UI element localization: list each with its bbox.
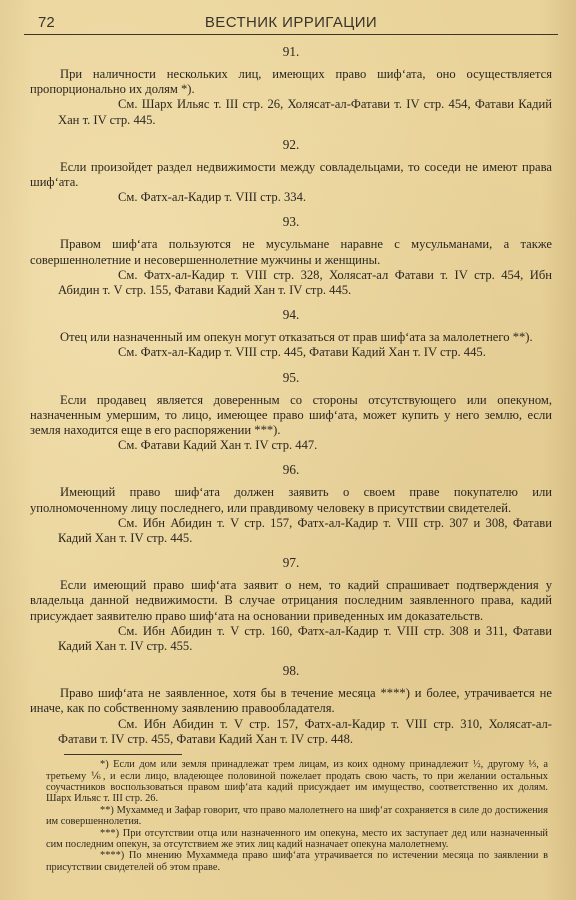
article-reference: См. Ибн Абидин т. V стр. 157, Фатх-ал-Ка… [58, 717, 552, 747]
article-reference: См. Фатави Кадий Хан т. IV стр. 447. [58, 438, 552, 453]
footnote-mark: *) [100, 759, 109, 770]
article-91: 91. При наличности нескольких лиц, имеющ… [24, 44, 558, 128]
footnote-mark: ****) [100, 850, 124, 861]
footnote-text: При отсутствии отца или назначенного им … [46, 828, 548, 850]
article-reference: См. Шарх Ильяс т. III стр. 26, Холясат-а… [58, 97, 552, 127]
footnote-3: ***) При отсутствии отца или назначенног… [46, 828, 548, 851]
footnote-divider [64, 754, 182, 755]
footnote-mark: **) [100, 805, 114, 816]
article-93: 93. Правом шиф‘ата пользуются не мусульм… [24, 214, 558, 298]
footnote-4: ****) По мнению Мухаммеда право шиф‘ата … [46, 850, 548, 873]
footnote-text: Если дом или земля принадлежат трем лица… [46, 759, 548, 804]
footnote-text: Мухаммед и Зафар говорит, что право мало… [46, 805, 548, 827]
article-reference: См. Фатх-ал-Кадир т. VIII стр. 328, Холя… [58, 268, 552, 298]
article-97: 97. Если имеющий право шиф‘ата заявит о … [24, 555, 558, 654]
article-reference: См. Фатх-ал-Кадир т. VIII стр. 445, Фата… [58, 345, 552, 360]
article-body: Правом шиф‘ата пользуются не мусульмане … [30, 237, 552, 267]
footnote-mark: ***) [100, 828, 119, 839]
journal-title: ВЕСТНИК ИРРИГАЦИИ [24, 14, 558, 31]
journal-page: 72 ВЕСТНИК ИРРИГАЦИИ 91. При наличности … [24, 10, 558, 873]
article-body: Если произойдет раздел недвижимости межд… [30, 160, 552, 190]
article-body: При наличности нескольких лиц, имеющих п… [30, 67, 552, 97]
article-reference: См. Фатх-ал-Кадир т. VIII стр. 334. [58, 190, 552, 205]
article-number: 96. [24, 462, 558, 477]
article-number: 92. [24, 137, 558, 152]
article-reference: См. Ибн Абидин т. V стр. 157, Фатх-ал-Ка… [58, 516, 552, 546]
article-95: 95. Если продавец является доверенным со… [24, 370, 558, 454]
article-number: 93. [24, 214, 558, 229]
footnote-1: *) Если дом или земля принадлежат трем л… [46, 759, 548, 805]
article-body: Имеющий право шиф‘ата должен заявить о с… [30, 485, 552, 515]
article-94: 94. Отец или назначенный им опекун могут… [24, 307, 558, 360]
running-header: 72 ВЕСТНИК ИРРИГАЦИИ [24, 10, 558, 35]
article-number: 95. [24, 370, 558, 385]
article-body: Право шиф‘ата не заявленное, хотя бы в т… [30, 686, 552, 716]
footnotes: *) Если дом или земля принадлежат трем л… [24, 759, 558, 873]
article-number: 94. [24, 307, 558, 322]
article-body: Отец или назначенный им опекун могут отк… [30, 330, 552, 345]
article-reference: См. Ибн Абидин т. V стр. 160, Фатх-ал-Ка… [58, 624, 552, 654]
article-number: 91. [24, 44, 558, 59]
article-98: 98. Право шиф‘ата не заявленное, хотя бы… [24, 663, 558, 747]
article-96: 96. Имеющий право шиф‘ата должен заявить… [24, 462, 558, 546]
article-body: Если продавец является доверенным со сто… [30, 393, 552, 439]
article-number: 98. [24, 663, 558, 678]
footnote-2: **) Мухаммед и Зафар говорит, что право … [46, 805, 548, 828]
article-body: Если имеющий право шиф‘ата заявит о нем,… [30, 578, 552, 624]
article-number: 97. [24, 555, 558, 570]
article-92: 92. Если произойдет раздел недвижимости … [24, 137, 558, 206]
